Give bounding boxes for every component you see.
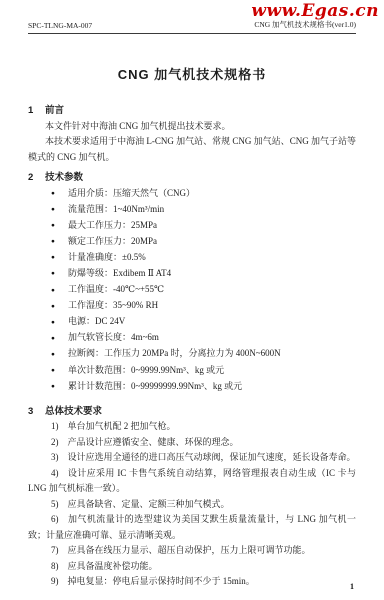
section-1-heading: 1前言 [28,103,356,119]
item-text: 掉电复显：停电后显示保持时间不少于 15min。 [68,576,255,586]
bullet-icon: ● [51,379,68,395]
item-text: 产品设计应遵循安全、健康、环保的理念。 [68,437,239,447]
spec-text: 工作湿度：35~90% RH [68,300,158,310]
item-text: 应具备在线压力显示、超压自动保护，压力上限可调节功能。 [68,545,311,555]
bullet-icon: ● [51,202,68,218]
spec-bullet-item: ●单次计数范围：0~9999.99Nm³、kg 或元 [28,363,356,379]
spec-text: 计量准确度：±0.5% [68,252,146,262]
page-header: SPC-TLNG-MA-007 CNG 加气机技术规格书(ver1.0) [28,19,356,34]
item-number: 2) [51,437,59,447]
paragraph: 本技术要求适用于中海油 L-CNG 加气站、常规 CNG 加气站、CNG 加气子… [28,134,356,165]
spec-text: 拉断阀：工作压力 20MPa 时，分离拉力为 400N~600N [68,348,281,358]
bullet-icon: ● [51,315,68,331]
bullet-icon: ● [51,331,68,347]
item-text: 单台加气机配 2 把加气枪。 [68,421,176,431]
bullet-icon: ● [51,218,68,234]
item-text: 应具备温度补偿功能。 [68,561,158,571]
section-title: 前言 [45,105,64,116]
section-number: 1 [28,103,45,119]
bullet-icon: ● [51,186,68,202]
document-body: CNG 加气机技术规格书 1前言 本文件针对中海油 CNG 加气机提出技术要求。… [28,33,356,590]
spec-bullet-item: ●流量范围：1~40Nm³/min [28,202,356,218]
bullet-icon: ● [51,299,68,315]
item-number: 4) [51,468,59,478]
page-number: 1 [350,582,354,591]
item-number: 5) [51,499,59,509]
spec-text: 流量范围：1~40Nm³/min [68,204,164,214]
spec-bullet-item: ●加气软管长度：4m~6m [28,330,356,346]
spec-text: 最大工作压力：25MPa [68,220,157,230]
spec-text: 单次计数范围：0~9999.99Nm³、kg 或元 [68,365,224,375]
spec-bullet-item: ●拉断阀：工作压力 20MPa 时，分离拉力为 400N~600N [28,346,356,362]
spec-bullet-item: ●计量准确度：±0.5% [28,250,356,266]
item-number: 7) [51,545,59,555]
spec-bullet-item: ●最大工作压力：25MPa [28,218,356,234]
spec-text: 累计计数范围：0~99999999.99Nm³、kg 或元 [68,381,242,391]
item-number: 1) [51,421,59,431]
section-title: 总体技术要求 [45,406,102,417]
header-doc-title: CNG 加气机技术规格书(ver1.0) [254,19,356,30]
spec-bullet-item: ●额定工作压力：20MPa [28,234,356,250]
document-page: www.Egas.cn SPC-TLNG-MA-007 CNG 加气机技术规格书… [0,0,384,600]
requirement-item: 2)产品设计应遵循安全、健康、环保的理念。 [28,435,356,451]
spec-bullet-item: ●工作湿度：35~90% RH [28,298,356,314]
spec-bullet-item: ●电源：DC 24V [28,314,356,330]
requirement-item: 4)设计应采用 IC 卡售气系统自动结算，网络管理报表自动生成（IC 卡与 LN… [28,466,356,497]
requirement-item: 8)应具备温度补偿功能。 [28,559,356,575]
bullet-icon: ● [51,283,68,299]
section-3-heading: 3总体技术要求 [28,404,356,420]
spec-text: 电源：DC 24V [68,316,125,326]
section-title: 技术参数 [45,172,83,183]
item-text: 设计应采用 IC 卡售气系统自动结算，网络管理报表自动生成（IC 卡与 LNG … [28,468,356,494]
spec-text: 适用介质：压缩天然气（CNG） [68,188,195,198]
requirement-item: 9)掉电复显：停电后显示保持时间不少于 15min。 [28,574,356,590]
requirement-item: 5)应具备缺省、定量、定额三种加气模式。 [28,497,356,513]
bullet-icon: ● [51,234,68,250]
item-text: 应具备缺省、定量、定额三种加气模式。 [68,499,230,509]
header-doc-code: SPC-TLNG-MA-007 [28,21,92,30]
item-number: 9) [51,576,59,586]
spec-text: 工作温度：-40℃~+55℃ [68,284,164,294]
spec-bullet-item: ●适用介质：压缩天然气（CNG） [28,186,356,202]
item-text: 设计应选用全通径的进口高压气动球阀，保证加气速度，延长设备寿命。 [68,452,356,462]
section-number: 2 [28,170,45,186]
requirement-item: 6)加气机流量计的选型建议为美国艾默生质量流量计，与 LNG 加气机一致；计量应… [28,512,356,543]
spec-text: 防爆等级：Exdibem Ⅱ AT4 [68,268,171,278]
item-text: 加气机流量计的选型建议为美国艾默生质量流量计，与 LNG 加气机一致；计量应准确… [28,514,356,540]
section-2-heading: 2技术参数 [28,170,356,186]
spec-text: 加气软管长度：4m~6m [68,332,159,342]
spec-bullet-item: ●累计计数范围：0~99999999.99Nm³、kg 或元 [28,379,356,395]
bullet-icon: ● [51,363,68,379]
item-number: 6) [51,514,59,524]
watermark-logo: www.Egas.cn [251,1,379,21]
document-title: CNG 加气机技术规格书 [28,64,356,83]
requirement-item: 7)应具备在线压力显示、超压自动保护，压力上限可调节功能。 [28,543,356,559]
bullet-icon: ● [51,250,68,266]
item-number: 3) [51,452,59,462]
requirement-item: 3)设计应选用全通径的进口高压气动球阀，保证加气速度，延长设备寿命。 [28,450,356,466]
spec-text: 额定工作压力：20MPa [68,236,157,246]
bullet-icon: ● [51,266,68,282]
section-number: 3 [28,404,45,420]
item-number: 8) [51,561,59,571]
spec-bullet-item: ●防爆等级：Exdibem Ⅱ AT4 [28,266,356,282]
paragraph: 本文件针对中海油 CNG 加气机提出技术要求。 [28,119,356,135]
spec-bullet-item: ●工作温度：-40℃~+55℃ [28,282,356,298]
bullet-icon: ● [51,347,68,363]
requirement-item: 1)单台加气机配 2 把加气枪。 [28,419,356,435]
